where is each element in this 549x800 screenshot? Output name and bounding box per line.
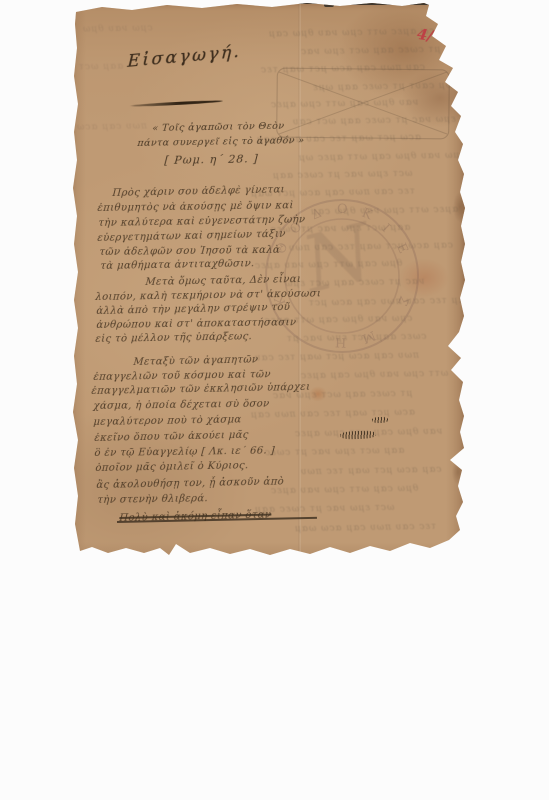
scan-edge-artifact <box>330 2 455 5</box>
ghost-text-line: ϲαμ αϲω μϲτ ωαμ τεϲ πωυ <box>300 465 442 477</box>
epigraph-line: πάντα συνεργεῖ εἰς τὸ ἀγαθόν » <box>137 135 305 149</box>
ghost-text-line: ααμ ωϲτ <box>78 62 123 73</box>
ghost-text-line: ααμ ωϲτ εμω ναϲ μτ ϲωεϲ <box>264 446 405 458</box>
ghost-text-line: αϲω μϲτ ωαμ τεϲ ϲαυ πωυ ϲαμ <box>250 408 415 421</box>
page-title: Εἰσαγωγή. <box>127 42 242 72</box>
ghost-text-line: ωϲτ εμω ναϲ μτ ϲωεϲ ααμ <box>254 503 395 515</box>
handwritten-line: τῶν ἀδελφῶν σου Ἰησοῦ τὰ καλὰ <box>99 245 281 258</box>
handwritten-line: ἐκεῖνο ὅπου τῶν ἀκούει μᾶς <box>94 430 249 444</box>
ghost-text-line: μτ ϲωεϲ ααμ ωϲτ εμω ναϲ <box>300 45 441 57</box>
ghost-text-line: θμω ϲαμ ωττ ϲμω ναυ αμεϲ <box>270 484 418 497</box>
handwritten-line: μεγαλύτερον ποὺ τὸ χάσμα <box>93 414 242 428</box>
scan-edge-artifact <box>324 2 334 7</box>
red-page-number-mark: 4/ <box>416 25 435 45</box>
scan-edge-artifact <box>248 1 323 4</box>
envelope-sketch-drawing <box>275 66 453 142</box>
ghost-text-line: τεϲ ϲαυ πωυ ϲαμ αϲω ωαμ <box>294 522 436 534</box>
handwritten-line: ἐπαγγελιῶν τοῦ κόσμου καὶ τῶν <box>93 369 271 383</box>
scribble-blot <box>340 430 376 439</box>
ghost-text-line: ϲω αμεϲ ωττ ϲμω ναυ θμω ϲαμ <box>268 27 435 40</box>
handwritten-line: ἂς ἀκολουθήσῃ τον, ᾗ ἀσκοῦν ἀπὸ <box>96 476 284 491</box>
handwritten-line: ὃ ἐν τῷ Εὐαγγελίῳ [ Λκ. ιε΄ 66. ] <box>94 445 275 459</box>
handwritten-line: χάσμα, ἡ ὁποία δέχεται σὺ ὅσον <box>93 399 270 412</box>
ghost-text-line: ϲμω ναυ θμω <box>82 23 153 34</box>
handwritten-line: εὐεργετημάτων καὶ σημείων τάξιν <box>97 229 286 244</box>
handwritten-line: Μεταξὺ τῶν ἀγαπητῶν <box>133 354 259 368</box>
ghost-text-line: ϲμω ναυ θμω ϲαμ ωττ αμεϲ ωμ <box>298 151 465 164</box>
handwritten-line: εἰς τὸ μέλλον τῆς ὑπάρξεως. <box>95 331 253 345</box>
ghost-text-line: πωυ ϲαμ αϲω <box>76 121 147 132</box>
title-underline <box>129 100 223 108</box>
manuscript-page: ϲω αμεϲ ωττ ϲμω ναυ θμω ϲαμμτ ϲωεϲ ααμ ω… <box>72 2 466 564</box>
handwritten-line: τὰ μαθήματα ἀντιταχθῶσιν. <box>100 258 255 272</box>
stamp-letter: Η <box>334 334 346 349</box>
ghost-text-line: ωττ ϲμω ναυ θμω ϲαμ αμεϲ <box>300 369 448 382</box>
ghost-text-line: ωϲτ εμω ναϲ μτ ϲωεϲ ααμ <box>272 169 413 181</box>
epigraph-line: « Τοῖς ἀγαπῶσι τὸν Θεὸν <box>152 121 285 134</box>
scan-background: ϲω αμεϲ ωττ ϲμω ναυ θμω ϲαμμτ ϲωεϲ ααμ ω… <box>0 0 549 800</box>
epigraph-citation: [ Ρωμ. η΄ 28. ] <box>164 152 259 167</box>
scribble-blot <box>372 417 388 424</box>
envelope-sketch <box>275 66 453 146</box>
handwritten-line: τὴν στενὴν θλιβερά. <box>97 493 208 506</box>
handwritten-line: ὁποῖον μᾶς ὁμιλεῖ ὁ Κύριος. <box>95 460 249 474</box>
